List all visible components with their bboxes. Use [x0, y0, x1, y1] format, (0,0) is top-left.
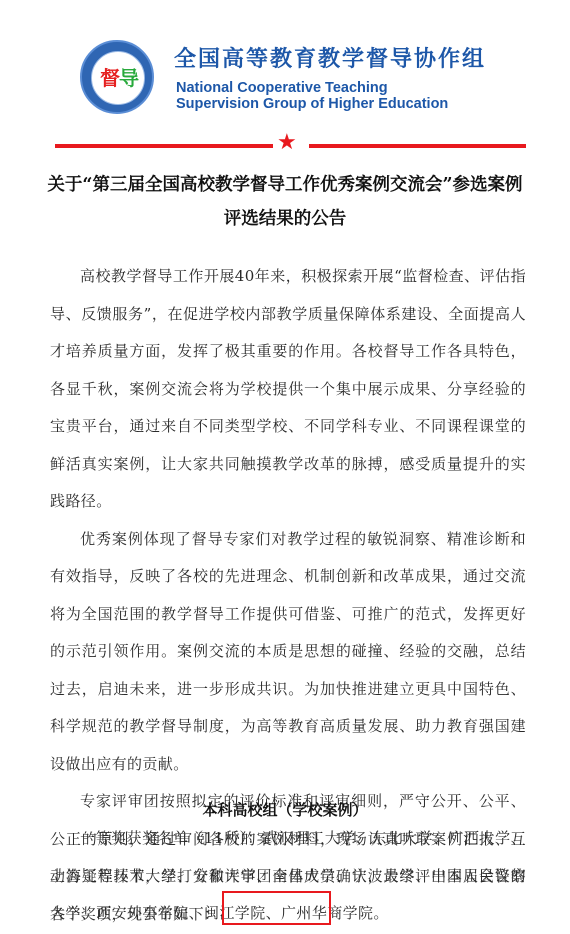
letterhead: 督导 全国高等教育教学督导协作组 National Cooperative Te… [80, 38, 500, 114]
title-line-1: 关于“第三届全国高校教学督导工作优秀案例交流会”参选案例 [40, 168, 530, 202]
organization-name-cn: 全国高等教育教学督导协作组 [174, 42, 486, 73]
title-line-2: 评选结果的公告 [40, 202, 530, 236]
red-divider-left [55, 144, 273, 148]
organization-name-en-line1: National Cooperative Teaching [176, 80, 448, 96]
organization-name-en-line2: Supervision Group of Higher Education [176, 96, 448, 112]
star-icon: ★ [277, 129, 297, 157]
paragraph-2: 优秀案例体现了督导专家们对教学过程的敏锐洞察、精准诊断和有效指导，反映了各校的先… [50, 521, 526, 784]
logo-characters: 督导 [100, 66, 138, 90]
section-heading: 本科高校组（学校案例） [40, 798, 530, 822]
highlight-box [222, 891, 331, 925]
logo-char-dao: 导 [119, 66, 138, 90]
red-divider-right [309, 144, 526, 148]
logo-inner-ring: 督导 [91, 51, 145, 105]
organization-name-en: National Cooperative Teaching Supervisio… [176, 80, 448, 112]
first-prize-label: 一等奖获奖名单（11所）： [80, 829, 263, 847]
announcement-title: 关于“第三届全国高校教学督导工作优秀案例交流会”参选案例 评选结果的公告 [40, 168, 530, 236]
organization-logo-icon: 督导 [80, 40, 154, 114]
logo-char-du: 督 [100, 66, 119, 90]
paragraph-1: 高校教学督导工作开展40年来，积极探索开展“监督检查、评估指导、反馈服务”，在促… [50, 258, 526, 521]
